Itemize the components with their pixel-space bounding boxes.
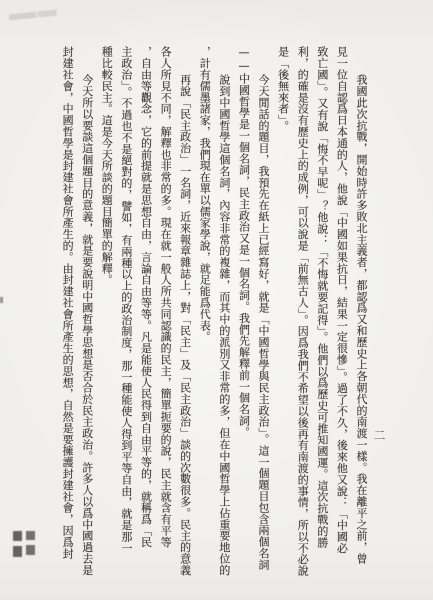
faint-scan-watermark	[9, 10, 57, 21]
vertical-text-block: 我國此次抗戰，開始時許多敗北主義者，都認爲又和歷史上各朝代的南渡一樣。我在離平之…	[58, 46, 372, 562]
text-column-5: 是「後無來者」。	[273, 46, 293, 562]
text-column-10: 再說「民主政治」一名詞，近來報章雜誌上，對「民主」及「民主政治」談的次數很多。民…	[175, 46, 195, 562]
text-column-2: 見一位自認爲日本通的人，他說「中國如果抗日，結果一定很慘」。過了不久，後來他又說…	[332, 46, 352, 562]
text-column-8: 說到中國哲學這個名詞，內容非常的複雜，而其中的派別又非常的多，但在中國哲學上佔重…	[214, 46, 234, 562]
bleed-through-mark	[26, 531, 35, 557]
text-column-1: 我國此次抗戰，開始時許多敗北主義者，都認爲又和歷史上各朝代的南渡一樣。我在離平之…	[351, 46, 371, 562]
text-column-16: 封建社會，中國哲學是封建社會所產生的。由封建社會所產生的思想，自然是要擁護封建社…	[58, 46, 78, 562]
text-column-12: ，自由等觀念，它的前提就是思想自由，言論自由等等。凡是能使人民得到自由平等的，就…	[136, 46, 156, 562]
text-column-7: ——中國哲學是一個名詞，民主政治又是一個名詞。我們先解釋前一個名詞。	[234, 46, 254, 562]
bleed-through-mark	[13, 531, 22, 559]
text-column-6: 今天閒話的題目，我預先在紙上已經寫好，就是「中國哲學與民主政治」。這一個題目包含…	[253, 46, 273, 562]
page-number: 二	[371, 429, 388, 441]
scan-speck	[0, 297, 3, 303]
text-column-15: 今天所以要談這個題目的意義，就是要說明中國哲學思想是否合於民主政治。許多人以爲中…	[77, 46, 97, 562]
scanned-book-page: { "page": { "number_label": "二", "paper_…	[0, 0, 433, 600]
text-column-4: 利，的確是沒有歷史上的成例，可以說是「前無古人」。因爲我們不希望以後再有南渡的事…	[293, 46, 313, 562]
text-column-11: 各人所見不同，解釋也非常的多。現在就一般人所共同認識的民主，簡單扼要的說，民主就…	[155, 46, 175, 562]
text-column-9: ，計有儒墨諸家，我們現在單以儒家學說，就足能爲代表。	[195, 46, 215, 562]
text-column-3: 致亡國」。又有說「悔不早呢」？他說：「不悔就要記得」。他們以爲歷史可推知國運。這…	[312, 46, 332, 562]
text-column-14: 種比較民主。這是今天所談的題目簡單的解釋。	[97, 46, 117, 562]
text-column-13: 主政治」。不過也不是絕對的，譬如，有兩種以上的政治制度，那一種能使人得到平等自由…	[116, 46, 136, 562]
